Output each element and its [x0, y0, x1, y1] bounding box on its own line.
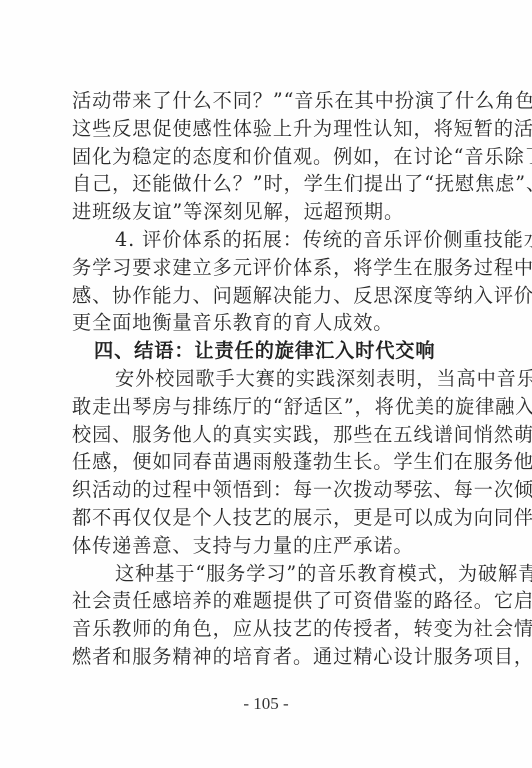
text-line: 感、协作能力、问题解决能力、反思深度等纳入评价范畴， — [72, 282, 468, 310]
text-line: 敢走出琴房与排练厅的“舒适区”，将优美的旋律融入服务 — [72, 393, 468, 421]
section-heading: 四、结语：让责任的旋律汇入时代交响 — [72, 337, 468, 365]
text-line: 燃者和服务精神的培育者。通过精心设计服务项目，搭建实 — [72, 643, 468, 671]
document-page: 活动带来了什么不同？”“音乐在其中扮演了什么角色？” 这些反思促使感性体验上升为… — [0, 0, 532, 768]
text-line: 固化为稳定的态度和价值观。例如，在讨论“音乐除了愉悦 — [72, 143, 468, 171]
text-line: 任感，便如同春苗遇雨般蓬勃生长。学生们在服务他人、组 — [72, 448, 468, 476]
text-line: 进班级友谊”等深刻见解，远超预期。 — [72, 198, 468, 226]
text-line: 安外校园歌手大赛的实践深刻表明，当高中音乐教育勇 — [72, 365, 468, 393]
text-line: 体传递善意、支持与力量的庄严承诺。 — [72, 532, 468, 560]
text-line: 校园、服务他人的真实实践，那些在五线谱间悄然萌生的责 — [72, 421, 468, 449]
text-line: 更全面地衡量音乐教育的育人成效。 — [72, 309, 468, 337]
text-line: 社会责任感培养的难题提供了可资借鉴的路径。它启示我们， — [72, 587, 468, 615]
text-line: 这些反思促使感性体验上升为理性认知，将短暂的活动热情 — [72, 115, 468, 143]
page-number: - 105 - — [0, 694, 532, 714]
text-line: 音乐教师的角色，应从技艺的传授者，转变为社会情怀的点 — [72, 615, 468, 643]
text-line: 这种基于“服务学习”的音乐教育模式，为破解青少年 — [72, 560, 468, 588]
body-text: 活动带来了什么不同？”“音乐在其中扮演了什么角色？” 这些反思促使感性体验上升为… — [72, 87, 468, 671]
text-line: 自己，还能做什么？”时，学生们提出了“抚慰焦虑”、“增 — [72, 170, 468, 198]
text-line: 4. 评价体系的拓展：传统的音乐评价侧重技能水平。服 — [72, 226, 468, 254]
text-line: 织活动的过程中领悟到：每一次拨动琴弦、每一次倾情歌唱， — [72, 476, 468, 504]
text-line: 活动带来了什么不同？”“音乐在其中扮演了什么角色？” — [72, 87, 468, 115]
text-line: 都不再仅仅是个人技艺的展示，更是可以成为向同伴、向集 — [72, 504, 468, 532]
text-line: 务学习要求建立多元评价体系，将学生在服务过程中的责任 — [72, 254, 468, 282]
